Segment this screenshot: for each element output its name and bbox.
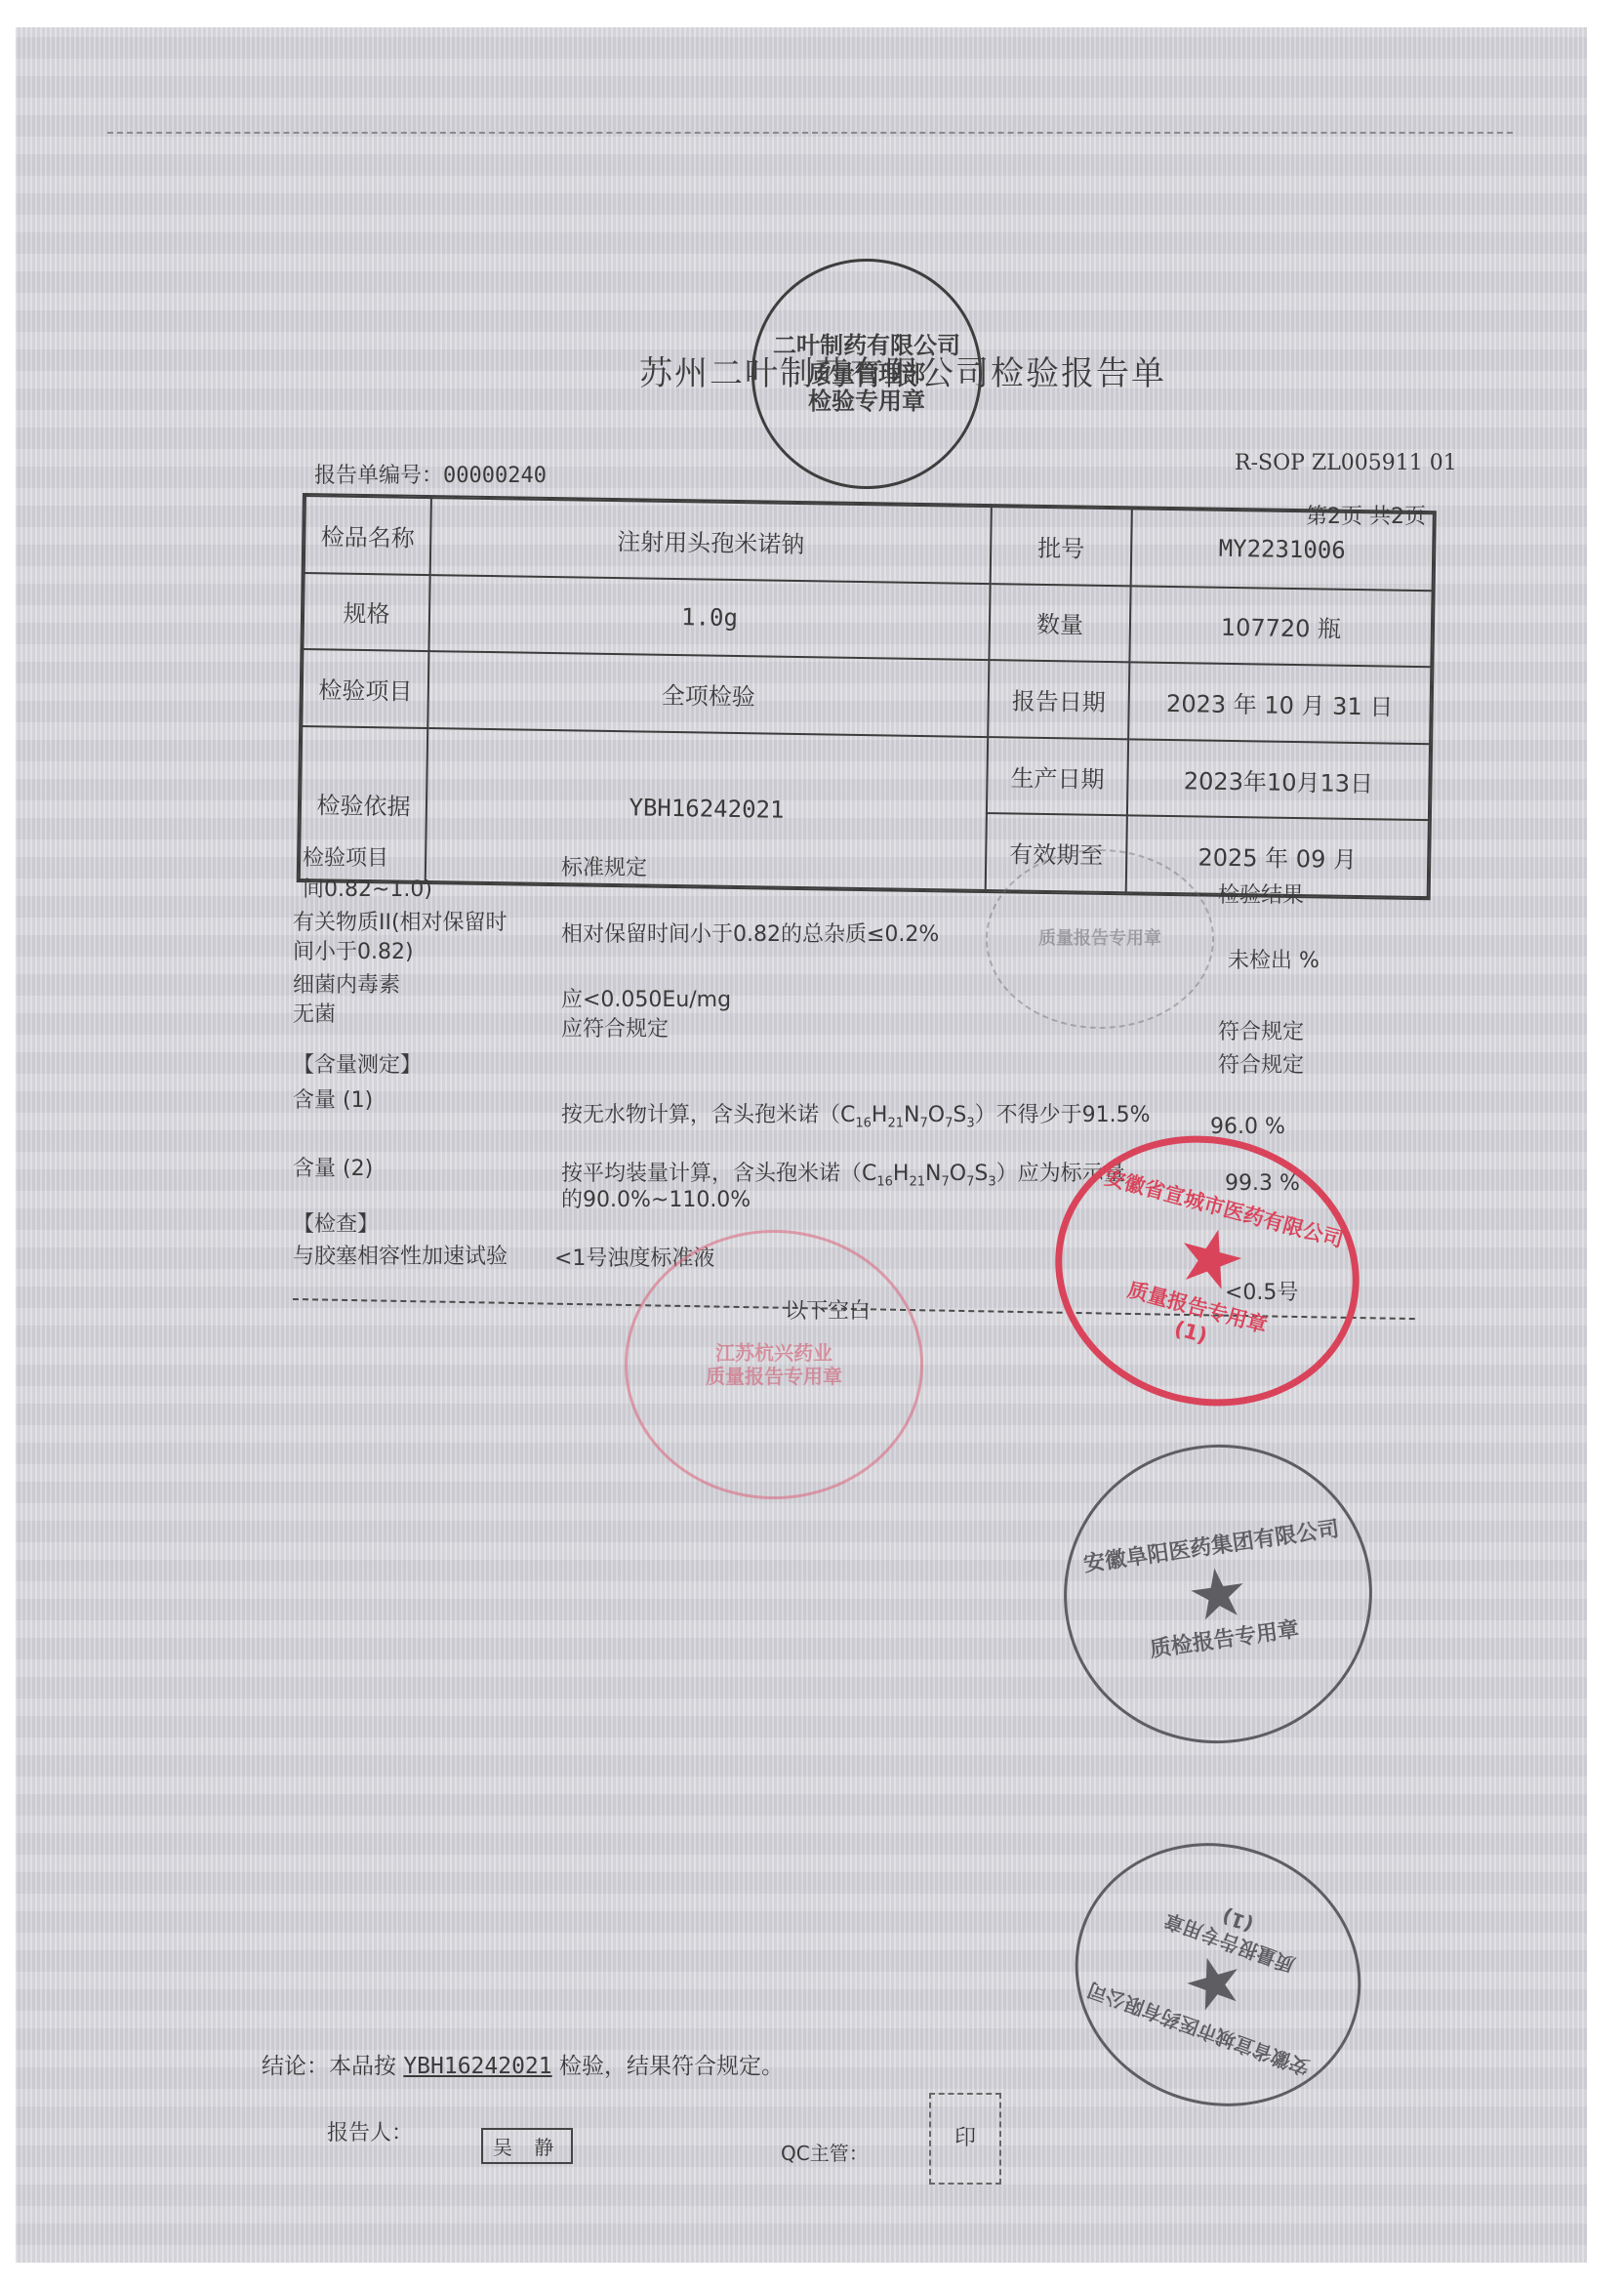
- formula-s: 3: [988, 1174, 995, 1189]
- faint-stamp: 质量报告专用章: [986, 849, 1214, 1029]
- result-assay-1: 96.0 %: [1210, 1115, 1285, 1139]
- report-number-value: 00000240: [443, 464, 547, 488]
- formula-h: 21: [887, 1116, 904, 1130]
- header-item: 检验项目: [303, 841, 388, 872]
- formula-o: 7: [966, 1174, 974, 1189]
- stamp-text: 质量管理部: [808, 360, 925, 388]
- formula-c: 16: [855, 1116, 872, 1130]
- cell-value: 注射用头孢米诺钠: [430, 498, 992, 584]
- item-assay-1: 含量 (1): [293, 1083, 373, 1114]
- cell-value: 2023年10月13日: [1127, 739, 1430, 820]
- section-assay: 【含量测定】: [293, 1048, 422, 1079]
- cell-value: 全项检验: [427, 651, 989, 737]
- stamp-text: 二叶制药有限公司: [773, 332, 960, 360]
- result-sterility: 符合规定: [1218, 1048, 1304, 1079]
- conclusion-suffix: 检验，结果符合规定。: [559, 2054, 784, 2079]
- cell-label: 数量: [989, 584, 1130, 663]
- standard-text: 按无水物计算，含头孢米诺（C: [561, 1103, 855, 1127]
- pink-stamp: 江苏杭兴药业 质量报告专用章: [625, 1230, 923, 1499]
- formula-n: 7: [919, 1116, 927, 1130]
- qc-label: QC主管：: [781, 2138, 869, 2166]
- cell-value: 1.0g: [428, 575, 990, 661]
- item-related-substances-cont: 间小于0.82): [293, 935, 414, 965]
- item-endotoxin: 细菌内毒素: [293, 968, 400, 999]
- stamp-text: 检验专用章: [808, 388, 925, 416]
- standard-related-substances: 相对保留时间小于0.82的总杂质≤0.2%: [561, 918, 939, 948]
- formula-o: 7: [945, 1116, 953, 1130]
- standard-text: ）不得少于91.5%: [975, 1103, 1151, 1127]
- quality-dept-stamp: 二叶制药有限公司 质量管理部 检验专用章: [751, 259, 982, 489]
- sop-code: R-SOP ZL005911 01: [1235, 451, 1457, 475]
- cell-value: 2023 年 10 月 31 日: [1128, 663, 1431, 744]
- cell-value: 107720 瓶: [1129, 586, 1432, 667]
- table-row: 检验依据 YBH16242021 生产日期 2023年10月13日: [301, 726, 1430, 821]
- report-number-label: 报告单编号：: [314, 464, 443, 488]
- reporter-label: 报告人：: [327, 2116, 413, 2146]
- cell-label: 检品名称: [304, 496, 431, 575]
- item-sterility: 无菌: [293, 998, 336, 1028]
- standard-sterility: 应符合规定: [561, 1012, 669, 1042]
- conclusion-prefix: 结论：本品按: [262, 2054, 396, 2079]
- reporter-signature: 吴 静: [481, 2128, 573, 2164]
- cell-value: MY2231006: [1131, 509, 1434, 590]
- conclusion-standard: YBH16242021: [403, 2054, 551, 2079]
- formula-s: 3: [966, 1116, 974, 1130]
- standard-assay-2-range: 的90.0%~110.0%: [561, 1183, 751, 1213]
- formula-h: 21: [909, 1174, 925, 1189]
- cell-label: 检验项目: [302, 649, 428, 728]
- qc-signature: 印: [929, 2093, 1001, 2185]
- standard-assay-1: 按无水物计算，含头孢米诺（C16H21N7O7S3）不得少于91.5%: [561, 1098, 1151, 1130]
- carryover-text: 间0.82~1.0): [303, 873, 432, 903]
- product-info-table: 检品名称 注射用头孢米诺钠 批号 MY2231006 规格 1.0g 数量 10…: [297, 493, 1437, 900]
- cell-label: 批号: [991, 507, 1132, 586]
- item-related-substances: 有关物质II(相对保留时: [293, 906, 507, 936]
- top-dashed-rule: [107, 132, 1513, 134]
- section-inspection: 【检查】: [293, 1207, 379, 1238]
- stamp-text: 质量报告专用章: [1038, 928, 1161, 950]
- cell-label: 生产日期: [987, 737, 1128, 816]
- result-related-substances: 未检出 %: [1228, 944, 1319, 974]
- item-assay-2: 含量 (2): [293, 1152, 373, 1182]
- stamp-text: 质量报告专用章: [706, 1365, 842, 1388]
- conclusion: 结论：本品按 YBH16242021 检验，结果符合规定。: [262, 2048, 784, 2080]
- formula-n: 7: [941, 1174, 949, 1189]
- formula-c: 16: [876, 1174, 893, 1189]
- cell-label: 报告日期: [988, 660, 1129, 739]
- standard-endotoxin: 应<0.050Eu/mg: [561, 983, 731, 1013]
- header-standard: 标准规定: [561, 851, 647, 881]
- stamp-text: 江苏杭兴药业: [715, 1341, 832, 1365]
- cell-label: 规格: [303, 573, 429, 652]
- item-stopper-compat: 与胶塞相容性加速试验: [293, 1240, 507, 1270]
- star-icon: ★: [1183, 1556, 1253, 1632]
- header-result: 检验结果: [1218, 878, 1304, 909]
- result-endotoxin: 符合规定: [1218, 1015, 1304, 1045]
- report-number: 报告单编号：00000240: [314, 459, 547, 489]
